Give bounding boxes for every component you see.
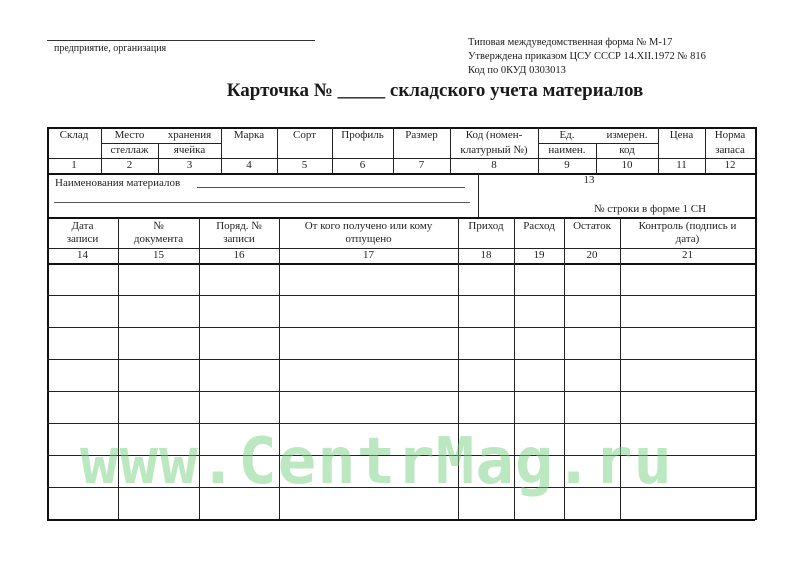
table-cell[interactable] <box>201 297 278 326</box>
header-21-line2: дата) <box>620 233 755 246</box>
table-cell[interactable] <box>120 265 198 294</box>
header-stock-norm-2: запаса <box>705 144 755 157</box>
table-cell[interactable] <box>516 361 563 390</box>
table-cell[interactable] <box>120 361 198 390</box>
table-cell[interactable] <box>622 329 754 358</box>
table-cell[interactable] <box>622 265 754 294</box>
header-unit-2: измерен. <box>596 129 658 142</box>
column-number: 15 <box>118 249 199 262</box>
table-cell[interactable] <box>281 489 457 518</box>
header-profile: Профиль <box>332 129 393 142</box>
header-brand: Марка <box>221 129 277 142</box>
table-row-line <box>47 327 755 328</box>
table-row-line <box>47 391 755 392</box>
column-number: 16 <box>199 249 279 262</box>
header-warehouse: Склад <box>47 129 101 142</box>
column-number: 18 <box>458 249 514 262</box>
column-number: 10 <box>596 159 658 172</box>
column-number: 7 <box>393 159 450 172</box>
grid-line <box>564 217 565 519</box>
header-rack: стеллаж <box>101 144 158 157</box>
table-cell[interactable] <box>516 393 563 422</box>
table-cell[interactable] <box>460 425 513 454</box>
table-right-border <box>755 127 757 520</box>
column-number: 4 <box>221 159 277 172</box>
table-cell[interactable] <box>516 489 563 518</box>
column-number: 1 <box>47 159 101 172</box>
header-unit-code: код <box>596 144 658 157</box>
table-cell[interactable] <box>281 297 457 326</box>
table-cell[interactable] <box>120 457 198 486</box>
table-row-line <box>47 487 755 488</box>
column-number: 17 <box>279 249 458 262</box>
header-15-line2: документа <box>118 233 199 246</box>
table-cell[interactable] <box>201 393 278 422</box>
grid-line <box>620 217 621 519</box>
header-14: Дата <box>47 220 118 233</box>
table-cell[interactable] <box>566 265 619 294</box>
grid-line <box>514 217 515 519</box>
table-cell[interactable] <box>460 457 513 486</box>
table-cell[interactable] <box>460 361 513 390</box>
header-price: Цена <box>658 129 705 142</box>
table-cell[interactable] <box>120 425 198 454</box>
table-cell[interactable] <box>460 393 513 422</box>
table-cell[interactable] <box>460 297 513 326</box>
table-cell[interactable] <box>516 329 563 358</box>
header-cell: ячейка <box>158 144 221 157</box>
table-cell[interactable] <box>622 297 754 326</box>
column-number: 6 <box>332 159 393 172</box>
table-cell[interactable] <box>281 393 457 422</box>
table-row-line <box>47 359 755 360</box>
column-number: 5 <box>277 159 332 172</box>
table-row-line <box>47 455 755 456</box>
header-18: Приход <box>458 220 514 233</box>
table-cell[interactable] <box>622 361 754 390</box>
table-cell[interactable] <box>516 425 563 454</box>
table-cell[interactable] <box>49 393 117 422</box>
header-20: Остаток <box>564 220 620 233</box>
table-cell[interactable] <box>622 393 754 422</box>
table-row-line <box>47 295 755 296</box>
column-number: 19 <box>514 249 564 262</box>
table-cell[interactable] <box>566 425 619 454</box>
table-cell[interactable] <box>281 265 457 294</box>
table-cell[interactable] <box>281 361 457 390</box>
table-cell[interactable] <box>622 457 754 486</box>
table-cell[interactable] <box>281 425 457 454</box>
table-cell[interactable] <box>201 265 278 294</box>
column-number: 9 <box>538 159 596 172</box>
table-cell[interactable] <box>516 457 563 486</box>
table-cell[interactable] <box>120 329 198 358</box>
table-cell[interactable] <box>201 489 278 518</box>
materials-name-line[interactable] <box>197 187 465 188</box>
table-cell[interactable] <box>49 489 117 518</box>
table-cell[interactable] <box>516 265 563 294</box>
table-cell[interactable] <box>120 297 198 326</box>
grid-line <box>279 217 280 519</box>
table-cell[interactable] <box>281 329 457 358</box>
header-19: Расход <box>514 220 564 233</box>
table-cell[interactable] <box>49 297 117 326</box>
table-cell[interactable] <box>201 425 278 454</box>
table-cell[interactable] <box>460 489 513 518</box>
table-cell[interactable] <box>49 361 117 390</box>
header-grade: Сорт <box>277 129 332 142</box>
table-cell[interactable] <box>49 457 117 486</box>
material-card-form: СкладМестохранениястеллажячейкаМаркаСорт… <box>0 0 800 581</box>
header-17: От кого получено или кому <box>279 220 458 233</box>
table-cell[interactable] <box>566 489 619 518</box>
materials-name-line-2[interactable] <box>54 202 470 203</box>
column-number: 2 <box>101 159 158 172</box>
header-storage-place: Место <box>101 129 158 142</box>
table-cell[interactable] <box>49 329 117 358</box>
grid-line <box>47 217 755 219</box>
header-14-line2: записи <box>47 233 118 246</box>
table-cell[interactable] <box>566 361 619 390</box>
table-cell[interactable] <box>460 329 513 358</box>
column-number: 11 <box>658 159 705 172</box>
table-cell[interactable] <box>460 265 513 294</box>
column-number: 21 <box>620 249 755 262</box>
table-cell[interactable] <box>281 457 457 486</box>
header-size: Размер <box>393 129 450 142</box>
header-unit-name: наимен. <box>538 144 596 157</box>
column-number-13: 13 <box>478 174 700 187</box>
header-stock-norm: Норма <box>705 129 755 142</box>
table-cell[interactable] <box>49 425 117 454</box>
table-cell[interactable] <box>516 297 563 326</box>
column-number: 20 <box>564 249 620 262</box>
header-21: Контроль (подпись и <box>620 220 755 233</box>
table-cell[interactable] <box>49 265 117 294</box>
table-cell[interactable] <box>622 425 754 454</box>
header-17-line2: отпущено <box>279 233 458 246</box>
table-cell[interactable] <box>201 361 278 390</box>
table-cell[interactable] <box>120 489 198 518</box>
header-unit: Ед. <box>538 129 596 142</box>
header-storage-place-2: хранения <box>158 129 221 142</box>
header-nomenclature-code: Код (номен- <box>450 129 538 142</box>
table-row-line <box>47 519 755 521</box>
grid-line <box>118 217 119 519</box>
header-15: № <box>118 220 199 233</box>
table-cell[interactable] <box>201 457 278 486</box>
materials-label: Наименования материалов <box>55 177 200 190</box>
table-cell[interactable] <box>201 329 278 358</box>
column-number: 12 <box>705 159 755 172</box>
header-16-line2: записи <box>199 233 279 246</box>
table-cell[interactable] <box>622 489 754 518</box>
column-number: 14 <box>47 249 118 262</box>
grid-line <box>458 217 459 519</box>
column-number: 8 <box>450 159 538 172</box>
table-cell[interactable] <box>566 457 619 486</box>
table-row-line <box>47 423 755 424</box>
table-cell[interactable] <box>120 393 198 422</box>
column-number: 3 <box>158 159 221 172</box>
header-nomenclature-code-2: клатурный №) <box>450 144 538 157</box>
table-cell[interactable] <box>566 393 619 422</box>
grid-line <box>199 217 200 519</box>
table-cell[interactable] <box>566 297 619 326</box>
form-1sn-row-label: № строки в форме 1 СН <box>560 203 740 216</box>
table-cell[interactable] <box>566 329 619 358</box>
header-16: Поряд. № <box>199 220 279 233</box>
